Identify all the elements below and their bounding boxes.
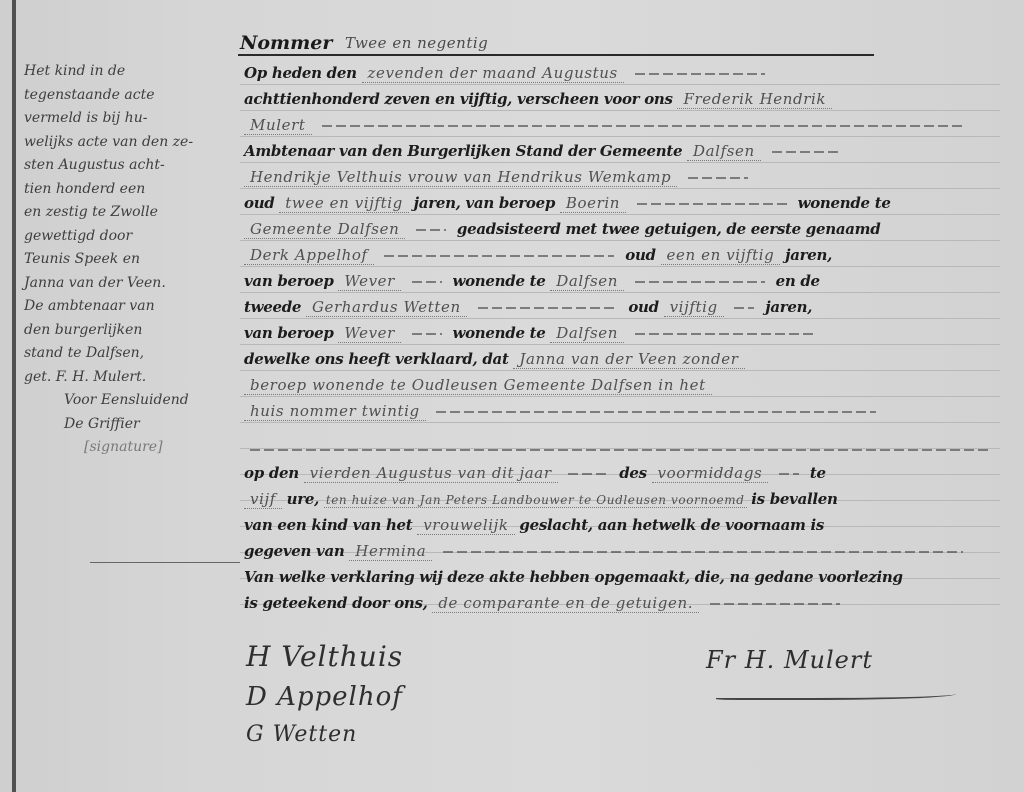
margin-signature-line — [90, 562, 240, 563]
printed-text: des — [619, 464, 647, 482]
handwritten-text: vierden Augustus van dit jaar — [304, 464, 558, 483]
handwritten-text: de comparante en de getuigen. — [432, 594, 699, 613]
signature-comparant: H Velthuis — [246, 640, 403, 673]
margin-rule — [12, 0, 16, 792]
printed-text: geslacht, aan hetwelk de voornaam is — [519, 516, 824, 534]
handwritten-text: vijftig — [664, 298, 724, 317]
printed-text: dewelke ons heeft verklaard, dat — [244, 350, 509, 368]
printed-text: gegeven van — [244, 542, 345, 560]
margin-line: welijks acte van den ze- — [24, 131, 234, 155]
margin-line: Teunis Speek en — [24, 248, 234, 272]
record-line: beroep wonende te Oudleusen Gemeente Dal… — [244, 376, 1004, 400]
printed-text: jaren, — [785, 246, 832, 264]
filler-dash — [412, 281, 442, 283]
handwritten-text: een en vijftig — [661, 246, 781, 265]
handwritten-text: Gerhardus Wetten — [306, 298, 467, 317]
handwritten-text: Boerin — [560, 194, 626, 213]
register-page: Nommer Twee en negentig Op heden den zev… — [0, 0, 1024, 792]
printed-text: ure, — [287, 490, 319, 508]
record-line: Op heden den zevenden der maand Augustus — [244, 64, 1004, 88]
filler-dash — [478, 307, 618, 309]
record-line: oud twee en vijftig jaren, van beroep Bo… — [244, 194, 1004, 218]
record-number-label: Nommer — [240, 32, 332, 54]
printed-text: wonende te — [452, 324, 545, 342]
filler-dash — [322, 125, 962, 127]
handwritten-text: Derk Appelhof — [244, 246, 374, 265]
handwritten-text: Dalfsen — [550, 324, 624, 343]
record-line: vijf ure, ten huize van Jan Peters Landb… — [244, 490, 1004, 514]
printed-text: te — [810, 464, 826, 482]
margin-line: get. F. H. Mulert. — [24, 366, 234, 390]
filler-dash — [734, 307, 754, 309]
signature-witness-2: G Wetten — [246, 722, 357, 747]
handwritten-text: huis nommer twintig — [244, 402, 426, 421]
record-line: van beroep Wever wonende te Dalfsen — [244, 324, 1004, 348]
margin-line: De ambtenaar van — [24, 295, 234, 319]
margin-line: stand te Dalfsen, — [24, 342, 234, 366]
handwritten-text: Hermina — [349, 542, 432, 561]
handwritten-text: Janna van der Veen zonder — [513, 350, 744, 369]
filler-dash — [635, 333, 815, 335]
handwritten-text: vijf — [244, 490, 282, 509]
filler-dash — [384, 255, 614, 257]
margin-line: gewettigd door — [24, 225, 234, 249]
filler-dash — [250, 449, 990, 451]
record-line — [244, 440, 1004, 464]
signature-flourish — [716, 690, 956, 700]
filler-dash — [416, 229, 446, 231]
printed-text: is geteekend door ons, — [244, 594, 428, 612]
record-line: dewelke ons heeft verklaard, dat Janna v… — [244, 350, 1004, 374]
handwritten-text: Hendrikje Velthuis vrouw van Hendrikus W… — [244, 168, 677, 187]
printed-text: oud — [628, 298, 659, 316]
record-line: van een kind van het vrouwelijk geslacht… — [244, 516, 1004, 540]
printed-text: Van welke verklaring wij deze akte hebbe… — [244, 568, 903, 586]
record-line: tweede Gerhardus Wetten oud vijftig jare… — [244, 298, 1004, 322]
handwritten-text: voormiddags — [652, 464, 769, 483]
record-line: huis nommer twintig — [244, 402, 1004, 426]
printed-text: van een kind van het — [244, 516, 412, 534]
margin-annotation: Het kind in de tegenstaande acte vermeld… — [24, 60, 234, 460]
printed-text: tweede — [244, 298, 301, 316]
filler-dash — [635, 73, 765, 75]
printed-text: en de — [776, 272, 820, 290]
filler-dash — [710, 603, 840, 605]
signature-registrar: Fr H. Mulert — [706, 646, 873, 674]
handwritten-text: beroep wonende te Oudleusen Gemeente Dal… — [244, 376, 712, 395]
handwritten-text: Wever — [338, 272, 401, 291]
handwritten-text: Wever — [338, 324, 401, 343]
record-number-value: Twee en negentig — [345, 34, 488, 52]
printed-text: op den — [244, 464, 299, 482]
record-line: Van welke verklaring wij deze akte hebbe… — [244, 568, 1004, 592]
record-line: Derk Appelhof oud een en vijftig jaren, — [244, 246, 1004, 270]
record-line: Ambtenaar van den Burgerlijken Stand der… — [244, 142, 1004, 166]
printed-text: van beroep — [244, 272, 334, 290]
margin-line: tien honderd een — [24, 178, 234, 202]
record-line: van beroep Wever wonende te Dalfsen en d… — [244, 272, 1004, 296]
margin-line: vermeld is bij hu- — [24, 107, 234, 131]
printed-text: is bevallen — [751, 490, 837, 508]
record-line: Mulert — [244, 116, 1004, 140]
margin-line: den burgerlijken — [24, 319, 234, 343]
margin-line: en zestig te Zwolle — [24, 201, 234, 225]
handwritten-text: Dalfsen — [550, 272, 624, 291]
handwritten-text: zevenden der maand Augustus — [362, 64, 624, 83]
filler-dash — [568, 473, 608, 475]
filler-dash — [635, 281, 765, 283]
filler-dash — [443, 551, 963, 553]
griffier-signature: [signature] — [24, 436, 234, 460]
margin-line: De Griffier — [24, 413, 234, 437]
handwritten-text: Dalfsen — [687, 142, 761, 161]
record-line: achttienhonderd zeven en vijftig, versch… — [244, 90, 1004, 114]
printed-text: jaren, — [765, 298, 812, 316]
handwritten-text: twee en vijftig — [279, 194, 409, 213]
margin-line: Voor Eensluidend — [24, 389, 234, 413]
margin-line: tegenstaande acte — [24, 84, 234, 108]
handwritten-text: vrouwelijk — [417, 516, 514, 535]
printed-text: jaren, van beroep — [414, 194, 555, 212]
filler-dash — [637, 203, 787, 205]
handwritten-text: ten huize van Jan Peters Landbouwer te O… — [324, 493, 747, 508]
record-line: op den vierden Augustus van dit jaar des… — [244, 464, 1004, 488]
handwritten-text: Mulert — [244, 116, 312, 135]
printed-text: oud — [625, 246, 656, 264]
record-line: gegeven van Hermina — [244, 542, 1004, 566]
filler-dash — [412, 333, 442, 335]
handwritten-text: Gemeente Dalfsen — [244, 220, 405, 239]
printed-text: Op heden den — [244, 64, 357, 82]
filler-dash — [772, 151, 842, 153]
record-line: Gemeente Dalfsen geadsisteerd met twee g… — [244, 220, 1004, 244]
printed-text: wonende te — [798, 194, 891, 212]
signature-witness-1: D Appelhof — [246, 682, 403, 712]
record-line: is geteekend door ons, de comparante en … — [244, 594, 1004, 618]
printed-text: geadsisteerd met twee getuigen, de eerst… — [457, 220, 881, 238]
printed-text: Ambtenaar van den Burgerlijken Stand der… — [244, 142, 682, 160]
printed-text: van beroep — [244, 324, 334, 342]
printed-text: wonende te — [452, 272, 545, 290]
filler-dash — [779, 473, 799, 475]
handwritten-text: Frederik Hendrik — [677, 90, 832, 109]
printed-text: oud — [244, 194, 275, 212]
header-underline — [238, 54, 874, 56]
margin-line: Janna van der Veen. — [24, 272, 234, 296]
filler-dash — [436, 411, 876, 413]
margin-line: Het kind in de — [24, 60, 234, 84]
margin-line: sten Augustus acht- — [24, 154, 234, 178]
record-line: Hendrikje Velthuis vrouw van Hendrikus W… — [244, 168, 1004, 192]
printed-text: achttienhonderd zeven en vijftig, versch… — [244, 90, 673, 108]
filler-dash — [688, 177, 748, 179]
